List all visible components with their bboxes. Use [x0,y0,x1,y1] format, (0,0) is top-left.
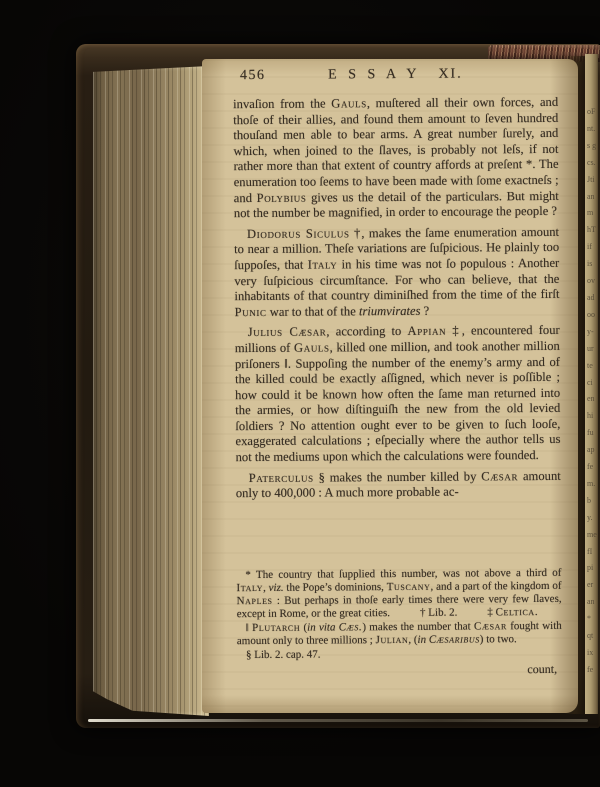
paragraph-4: Paterculus § makes the number killed by … [236,469,561,502]
facing-page-text-fragments: oFnt.s gcs.JtianmhTifisovadooy-urtecienh… [585,54,598,679]
catchword: count, [527,662,557,676]
book-bottom-edge-highlight [88,719,588,722]
book-page: 456 E S S A YXI. invaſion from the Gauls… [202,59,578,713]
book-photo: oFnt.s gcs.JtianmhTifisovadooy-urtecienh… [0,0,600,787]
page-stack-fore-edge [93,66,209,716]
running-title-number: XI. [438,67,462,82]
paragraph-3: Julius Cæsar, according to Appian ‡, enc… [235,323,561,466]
running-title-word: E S S A Y [328,67,420,83]
paragraph-1: invaſion from the Gauls, muſtered all th… [233,95,559,222]
catchword-row: count, [237,662,562,682]
page-header: 456 E S S A YXI. [233,66,558,87]
body-text: invaſion from the Gauls, muſtered all th… [233,95,561,502]
footnote-section: * The country that ſupplied this number,… [236,567,562,662]
running-title: E S S A YXI. [233,66,558,84]
paragraph-2: Diodorus Siculus †, makes the ſame enume… [234,225,560,321]
facing-page-edge: oFnt.s gcs.JtianmhTifisovadooy-urtecienh… [585,54,598,714]
footnote-section-mark: § Lib. 2. cap. 47. [237,647,562,662]
page-number: 456 [240,68,266,84]
page-content: 456 E S S A YXI. invaſion from the Gauls… [233,64,562,682]
footnote-parallels: ‖ Plutarch (in vita Cæs.) makes the numb… [237,620,562,648]
footnote-asterisk: * The country that ſupplied this number,… [236,567,561,621]
